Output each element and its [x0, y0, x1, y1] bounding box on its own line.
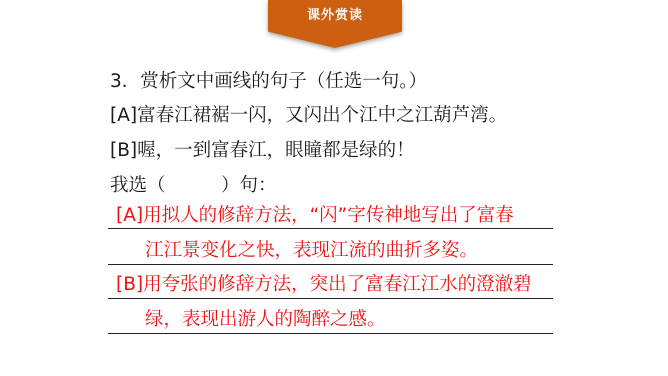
option-a-text: [A]富春江裙裾一闪，又闪出个江中之江葫芦湾。	[110, 105, 507, 127]
banner-title: 课外赏读	[268, 8, 402, 24]
answer-a-line-1: [A]用拟人的修辞方法，“闪”字传神地写出了富春	[116, 205, 514, 227]
option-b-text: [B]喔，一到富春江，眼瞳都是绿的！	[110, 140, 415, 162]
question-prompt: 3．赏析文中画线的句子（任选一句。）	[110, 71, 427, 93]
answer-b-line-2: 绿，表现出游人的陶醉之感。	[145, 309, 386, 331]
answer-rule-2	[108, 264, 553, 265]
section-banner: 课外赏读	[268, 0, 402, 48]
answer-rule-4	[108, 333, 553, 334]
answer-rule-3	[108, 298, 553, 299]
answer-rule-1	[108, 228, 553, 229]
answer-b-line-1: [B]用夸张的修辞方法，突出了富春江江水的澄澈碧	[116, 274, 532, 296]
answer-a-line-2: 江江景变化之快，表现江流的曲折多姿。	[145, 240, 478, 262]
choice-line: 我选（ ）句：	[110, 175, 277, 197]
